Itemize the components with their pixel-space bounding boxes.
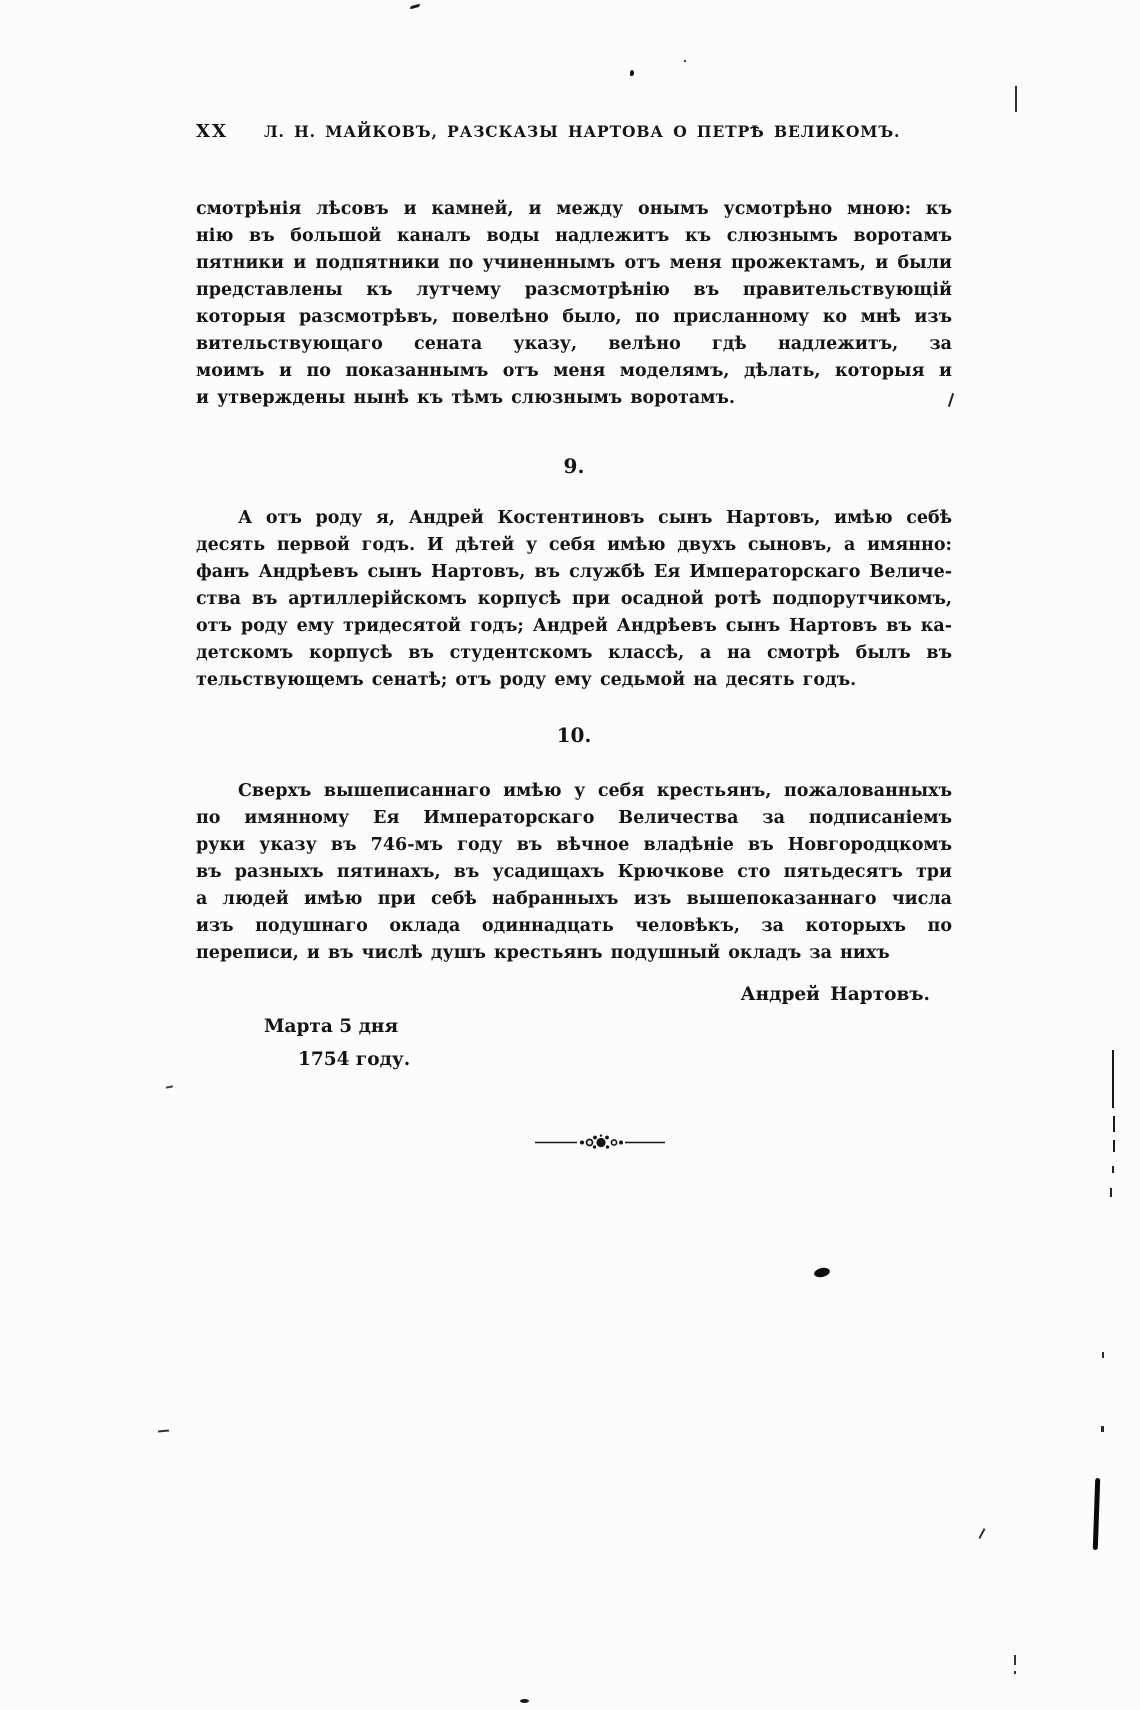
- ink-speck: [520, 1699, 529, 1703]
- signature: Андрей Нартовъ.: [196, 981, 952, 1008]
- book-page: XX Л. Н. МАЙКОВЪ, РАЗСКАЗЫ НАРТОВА О ПЕТ…: [0, 0, 1140, 1710]
- text-line: а людей имѣю при себѣ набранныхъ изъ выш…: [196, 886, 952, 913]
- ink-speck: [630, 70, 634, 76]
- text-line: пятники и подпятники по учиненнымъ отъ м…: [196, 250, 952, 277]
- text-line: десять первой годъ. И дѣтей у себя имѣю …: [196, 532, 952, 559]
- text-line: детскомъ корпусѣ въ студентскомъ классѣ,…: [196, 640, 952, 667]
- running-head: XX Л. Н. МАЙКОВЪ, РАЗСКАЗЫ НАРТОВА О ПЕТ…: [196, 120, 952, 144]
- text-line: отъ роду ему тридесятой годъ; Андрей Анд…: [196, 613, 952, 640]
- text-line: вительствующаго сената указу, велѣно гдѣ…: [196, 331, 952, 358]
- section-number-10: 10.: [196, 722, 952, 748]
- scan-artifact: [1093, 1478, 1101, 1550]
- section-number-9: 9.: [196, 453, 952, 479]
- scan-artifact: [1113, 1116, 1115, 1132]
- paragraph-9: А отъ роду я, Андрей Костентиновъ сынъ Н…: [196, 505, 952, 694]
- ink-speck: [684, 60, 686, 62]
- text-line: переписи, и въ числѣ душъ крестьянъ поду…: [196, 940, 952, 967]
- text-line: въ разныхъ пятинахъ, въ усадищахъ Крючко…: [196, 859, 952, 886]
- date-line-2: 1754 году.: [298, 1043, 952, 1076]
- text-line: Сверхъ вышеписаннаго имѣю у себя крестья…: [196, 778, 952, 805]
- text-line: руки указу въ 746-мъ году въ вѣчное влад…: [196, 832, 952, 859]
- scan-artifact: [1014, 1671, 1016, 1674]
- ink-speck: [979, 1528, 986, 1539]
- text-line: по имянному Ея Императорскаго Величества…: [196, 805, 952, 832]
- scan-artifact: [1014, 1655, 1016, 1665]
- page-number: XX: [196, 120, 228, 144]
- text-line: смотрѣнія лѣсовъ и камней, и между онымъ…: [196, 196, 952, 223]
- scan-artifact: [1110, 1188, 1112, 1197]
- scan-artifact: [1112, 1050, 1114, 1108]
- scan-artifact: [1015, 86, 1017, 112]
- text-line: которыя разсмотрѣвъ, повелѣно было, по п…: [196, 304, 952, 331]
- text-line: тельствующемъ сенатѣ; отъ роду ему седьм…: [196, 667, 952, 694]
- scan-artifact: [1112, 1166, 1114, 1173]
- text-line: моимъ и по показаннымъ отъ меня моделямъ…: [196, 358, 952, 385]
- ink-speck: [1101, 1426, 1104, 1432]
- paragraph-10: Сверхъ вышеписаннаго имѣю у себя крестья…: [196, 778, 952, 967]
- date-line-1: Марта 5 дня: [264, 1010, 952, 1043]
- ink-speck: [166, 1085, 173, 1088]
- text-line: представлены къ лутчему разсмотрѣнію въ …: [196, 277, 952, 304]
- ink-speck: [1102, 1352, 1104, 1358]
- text-line: нію въ большой каналъ воды надлежитъ къ …: [196, 223, 952, 250]
- text-line: фанъ Андрѣевъ сынъ Нартовъ, въ службѣ Ея…: [196, 559, 952, 586]
- divider-ornament-icon: [535, 1134, 665, 1150]
- scan-artifact: [1113, 1140, 1115, 1152]
- ink-speck: [158, 1430, 169, 1433]
- page-content: XX Л. Н. МАЙКОВЪ, РАЗСКАЗЫ НАРТОВА О ПЕТ…: [196, 0, 952, 1154]
- running-title: Л. Н. МАЙКОВЪ, РАЗСКАЗЫ НАРТОВА О ПЕТРѢ …: [264, 120, 900, 144]
- text-line: А отъ роду я, Андрей Костентиновъ сынъ Н…: [196, 505, 952, 532]
- ink-blot: [813, 1266, 831, 1278]
- text-line: ства въ артиллерійскомъ корпусѣ при осад…: [196, 586, 952, 613]
- text-line: изъ подушнаго оклада одиннадцать человѣк…: [196, 913, 952, 940]
- text-line: и утверждены нынѣ къ тѣмъ слюзнымъ ворот…: [196, 385, 952, 412]
- paragraph-intro: смотрѣнія лѣсовъ и камней, и между онымъ…: [196, 196, 952, 412]
